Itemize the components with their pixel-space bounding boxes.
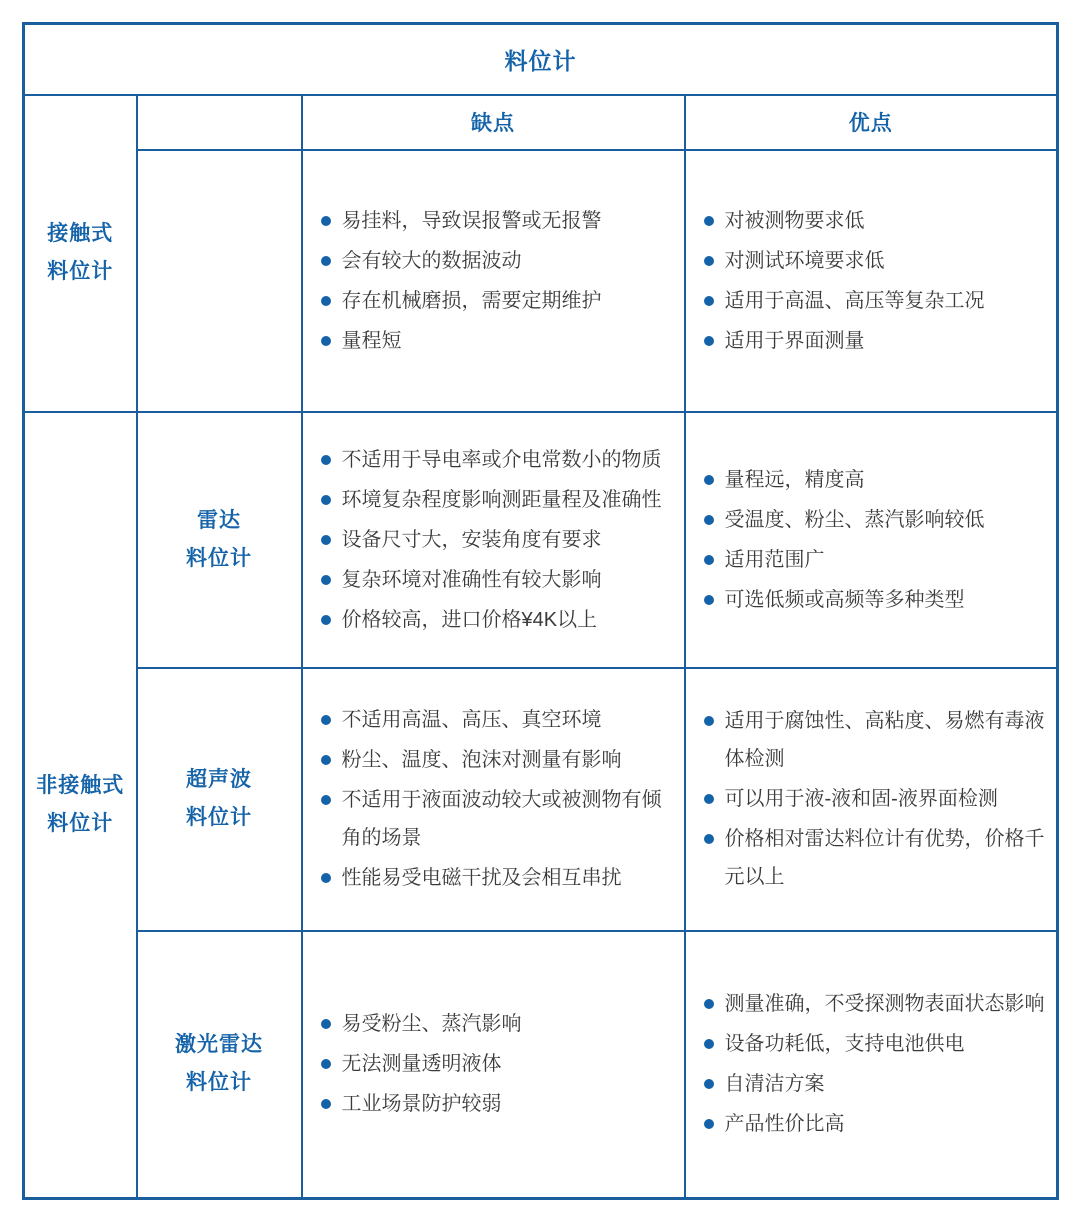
laser-pros-cell: 测量准确，不受探测物表面状态影响设备功耗低，支持电池供电自清洁方案产品性价比高 — [685, 931, 1058, 1199]
title-row: 料位计 — [24, 24, 1058, 95]
radar-cons-list: 不适用于导电率或介电常数小的物质环境复杂程度影响测距量程及准确性设备尺寸大，安装… — [319, 441, 674, 639]
ultrasonic-pros-cell: 适用于腐蚀性、高粘度、易燃有毒液体检测可以用于液-液和固-液界面检测价格相对雷达… — [685, 668, 1058, 931]
header-row: 接触式 料位计 缺点 优点 — [24, 95, 1058, 150]
bullet-item: 会有较大的数据波动 — [319, 242, 674, 280]
bullet-item: 设备功耗低，支持电池供电 — [702, 1025, 1047, 1063]
bullet-item: 性能易受电磁干扰及会相互串扰 — [319, 859, 674, 897]
bullet-item: 工业场景防护较弱 — [319, 1085, 674, 1123]
bullet-item: 不适用高温、高压、真空环境 — [319, 701, 674, 739]
bullet-item: 可选低频或高频等多种类型 — [702, 581, 1047, 619]
subtype-header-empty-cell — [137, 95, 302, 150]
row-ultrasonic: 超声波 料位计 不适用高温、高压、真空环境粉尘、温度、泡沫对测量有影响不适用于液… — [24, 668, 1058, 931]
bullet-item: 自清洁方案 — [702, 1065, 1047, 1103]
bullet-item: 适用于腐蚀性、高粘度、易燃有毒液体检测 — [702, 702, 1047, 778]
bullet-item: 对测试环境要求低 — [702, 242, 1047, 280]
bullet-item: 无法测量透明液体 — [319, 1045, 674, 1083]
bullet-item: 不适用于导电率或介电常数小的物质 — [319, 441, 674, 479]
category-cell-contact: 接触式 料位计 — [24, 95, 137, 412]
row-radar: 非接触式 料位计 雷达 料位计 不适用于导电率或介电常数小的物质环境复杂程度影响… — [24, 412, 1058, 668]
table-title: 料位计 — [24, 24, 1058, 95]
bullet-item: 粉尘、温度、泡沫对测量有影响 — [319, 741, 674, 779]
bullet-item: 受温度、粉尘、蒸汽影响较低 — [702, 501, 1047, 539]
subtype-cell-contact-empty — [137, 150, 302, 412]
bullet-item: 可以用于液-液和固-液界面检测 — [702, 780, 1047, 818]
contact-cons-list: 易挂料，导致误报警或无报警会有较大的数据波动存在机械磨损，需要定期维护量程短 — [319, 202, 674, 360]
bullet-item: 存在机械磨损，需要定期维护 — [319, 282, 674, 320]
level-gauge-comparison-table: 料位计 接触式 料位计 缺点 优点 易挂料，导致误报警或无报警会有较大的数据波动… — [22, 22, 1059, 1200]
bullet-item: 设备尺寸大，安装角度有要求 — [319, 521, 674, 559]
laser-pros-list: 测量准确，不受探测物表面状态影响设备功耗低，支持电池供电自清洁方案产品性价比高 — [702, 985, 1047, 1143]
category-cell-non-contact: 非接触式 料位计 — [24, 412, 137, 1199]
bullet-item: 易受粉尘、蒸汽影响 — [319, 1005, 674, 1043]
pros-column-header: 优点 — [685, 95, 1058, 150]
bullet-item: 测量准确，不受探测物表面状态影响 — [702, 985, 1047, 1023]
bullet-item: 价格相对雷达料位计有优势，价格千元以上 — [702, 820, 1047, 896]
subtype-cell-ultrasonic: 超声波 料位计 — [137, 668, 302, 931]
bullet-item: 价格较高，进口价格¥4K以上 — [319, 601, 674, 639]
bullet-item: 对被测物要求低 — [702, 202, 1047, 240]
laser-cons-cell: 易受粉尘、蒸汽影响无法测量透明液体工业场景防护较弱 — [302, 931, 685, 1199]
bullet-item: 产品性价比高 — [702, 1105, 1047, 1143]
subtype-cell-radar: 雷达 料位计 — [137, 412, 302, 668]
bullet-item: 易挂料，导致误报警或无报警 — [319, 202, 674, 240]
ultrasonic-cons-list: 不适用高温、高压、真空环境粉尘、温度、泡沫对测量有影响不适用于液面波动较大或被测… — [319, 701, 674, 897]
bullet-item: 适用于高温、高压等复杂工况 — [702, 282, 1047, 320]
ultrasonic-pros-list: 适用于腐蚀性、高粘度、易燃有毒液体检测可以用于液-液和固-液界面检测价格相对雷达… — [702, 702, 1047, 896]
laser-cons-list: 易受粉尘、蒸汽影响无法测量透明液体工业场景防护较弱 — [319, 1005, 674, 1123]
radar-pros-cell: 量程远，精度高受温度、粉尘、蒸汽影响较低适用范围广可选低频或高频等多种类型 — [685, 412, 1058, 668]
row-contact: 易挂料，导致误报警或无报警会有较大的数据波动存在机械磨损，需要定期维护量程短 对… — [24, 150, 1058, 412]
ultrasonic-cons-cell: 不适用高温、高压、真空环境粉尘、温度、泡沫对测量有影响不适用于液面波动较大或被测… — [302, 668, 685, 931]
row-laser: 激光雷达 料位计 易受粉尘、蒸汽影响无法测量透明液体工业场景防护较弱 测量准确，… — [24, 931, 1058, 1199]
contact-cons-cell: 易挂料，导致误报警或无报警会有较大的数据波动存在机械磨损，需要定期维护量程短 — [302, 150, 685, 412]
page: 料位计 接触式 料位计 缺点 优点 易挂料，导致误报警或无报警会有较大的数据波动… — [0, 0, 1080, 1227]
contact-pros-list: 对被测物要求低对测试环境要求低适用于高温、高压等复杂工况适用于界面测量 — [702, 202, 1047, 360]
bullet-item: 量程短 — [319, 322, 674, 360]
bullet-item: 适用于界面测量 — [702, 322, 1047, 360]
radar-pros-list: 量程远，精度高受温度、粉尘、蒸汽影响较低适用范围广可选低频或高频等多种类型 — [702, 461, 1047, 619]
bullet-item: 量程远，精度高 — [702, 461, 1047, 499]
bullet-item: 适用范围广 — [702, 541, 1047, 579]
cons-column-header: 缺点 — [302, 95, 685, 150]
radar-cons-cell: 不适用于导电率或介电常数小的物质环境复杂程度影响测距量程及准确性设备尺寸大，安装… — [302, 412, 685, 668]
subtype-cell-laser: 激光雷达 料位计 — [137, 931, 302, 1199]
bullet-item: 复杂环境对准确性有较大影响 — [319, 561, 674, 599]
contact-pros-cell: 对被测物要求低对测试环境要求低适用于高温、高压等复杂工况适用于界面测量 — [685, 150, 1058, 412]
bullet-item: 环境复杂程度影响测距量程及准确性 — [319, 481, 674, 519]
bullet-item: 不适用于液面波动较大或被测物有倾角的场景 — [319, 781, 674, 857]
